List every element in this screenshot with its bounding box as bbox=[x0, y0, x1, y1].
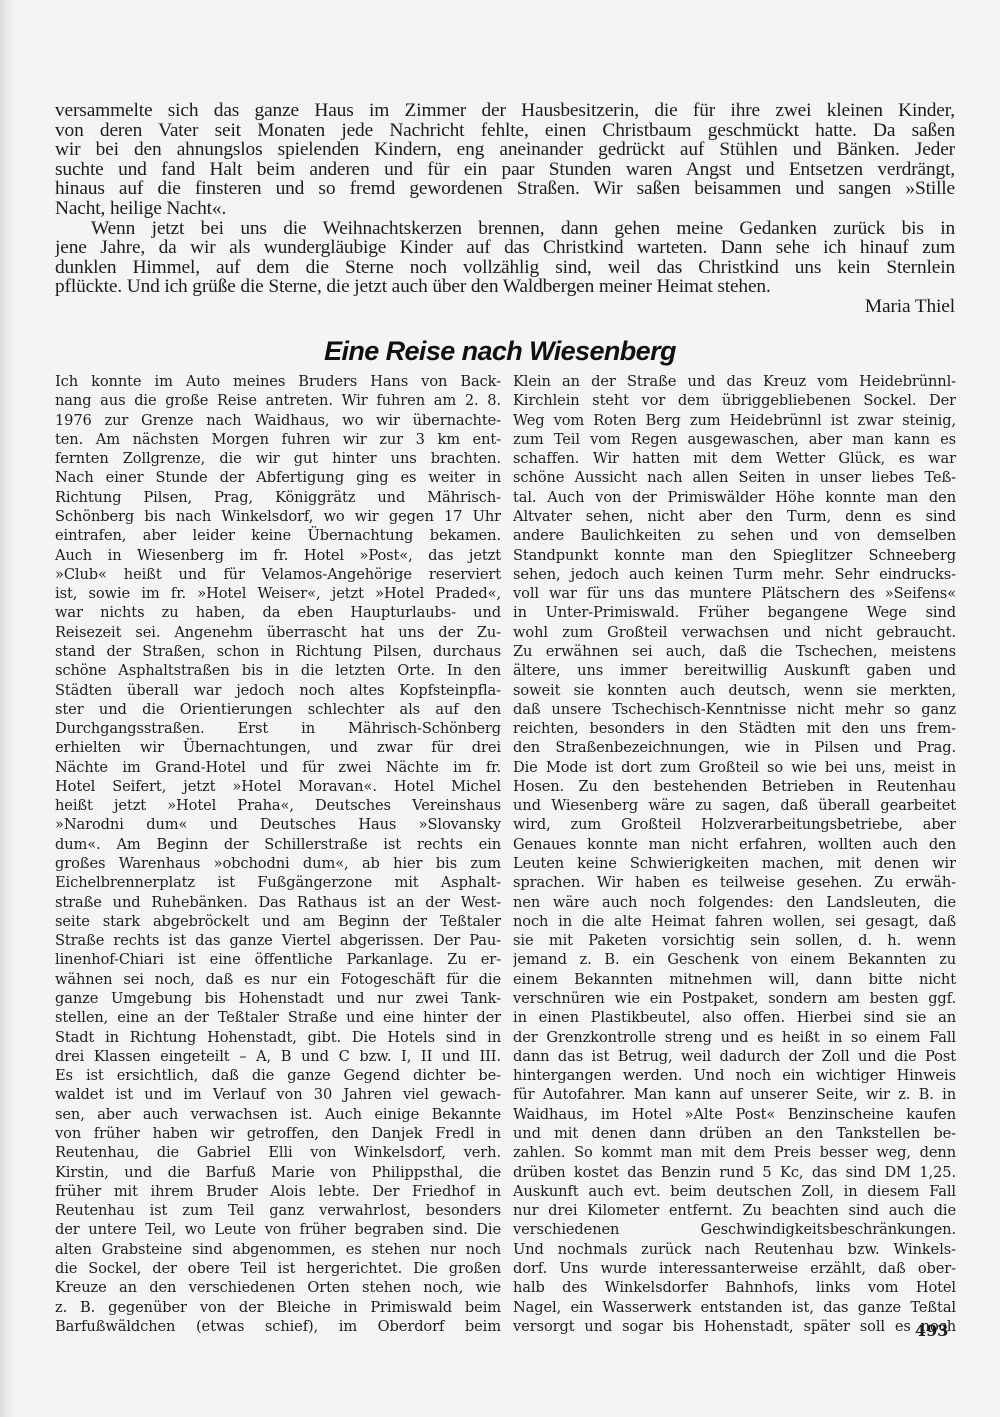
text-line: schaffen. Wir hatten mit dem Wetter Glüc… bbox=[513, 449, 956, 468]
text-line: großes Warenhaus »obchodni dum«, ab hier… bbox=[55, 854, 501, 873]
text-line: Genaues konnte man nicht erfahren, wollt… bbox=[513, 835, 956, 854]
text-line: ist, sowie im fr. »Hotel Weiser«, jetzt … bbox=[55, 584, 501, 603]
text-line: sie mit Paketen vorsichtig sein sollen, … bbox=[513, 931, 956, 950]
text-line: einem Bekannten mitnehmen will, dann bit… bbox=[513, 970, 956, 989]
text-line: Eichelbrennerplatz ist Fußgängerzone mit… bbox=[55, 873, 501, 892]
text-line: dunklen Himmel, auf dem die Sterne noch … bbox=[55, 258, 955, 278]
text-line: wohl zum Großteil verwachsen und nicht g… bbox=[513, 623, 956, 642]
text-line: linenhof-Chiari ist eine öffentliche Par… bbox=[55, 950, 501, 969]
text-line: schöne Aussicht nach allen Seiten in uns… bbox=[513, 468, 956, 487]
text-line: Leuten keine Schwierigkeiten machen, mit… bbox=[513, 854, 956, 873]
article-left-column: Ich konnte im Auto meines Bruders Hans v… bbox=[55, 372, 501, 1336]
text-line: ster und die Orientierungen schlechter a… bbox=[55, 700, 501, 719]
text-line: früher mit ihrem Bruder Alois lebte. Der… bbox=[55, 1182, 501, 1201]
text-line: Weg vom Roten Berg zum Heidebrünnl ist z… bbox=[513, 411, 956, 430]
text-line: zahlen. So kommt man mit dem Preis besse… bbox=[513, 1143, 956, 1162]
text-line: nang aus die große Reise antreten. Wir f… bbox=[55, 391, 501, 410]
text-line: Reutenhau ist zum Teil ganz verwahrlost,… bbox=[55, 1201, 501, 1220]
text-line: noch in die alte Heimat fahren wollen, s… bbox=[513, 912, 956, 931]
text-line: ältere, uns immer bereitwillig Auskunft … bbox=[513, 661, 956, 680]
text-line: Städten überall war jedoch noch altes Ko… bbox=[55, 681, 501, 700]
text-line: soweit sie konnten auch deutsch, wenn si… bbox=[513, 681, 956, 700]
text-line: verschiedenen Geschwindigkeitsbeschränku… bbox=[513, 1220, 956, 1239]
text-line: fernten Zollgrenze, die wir gut hinter u… bbox=[55, 449, 501, 468]
text-line: versorgt und sogar bis Hohenstadt, späte… bbox=[513, 1317, 956, 1336]
text-line: Stadt in Richtung Hohenstadt, gibt. Die … bbox=[55, 1028, 501, 1047]
text-line: »Club« heißt und für Velamos-Angehörige … bbox=[55, 565, 501, 584]
article-title: Eine Reise nach Wiesenberg bbox=[0, 336, 1000, 367]
text-line: Kirstin, und die Barfuß Marie von Philip… bbox=[55, 1163, 501, 1182]
text-line: der Grenzkontrolle streng und es heißt i… bbox=[513, 1028, 956, 1047]
text-line: Durchgangsstraßen. Erst in Mährisch-Schö… bbox=[55, 719, 501, 738]
text-line: dorf. Uns wurde interessanterweise erzäh… bbox=[513, 1259, 956, 1278]
text-line: Reutenhau, die Gabriel Elli von Winkelsd… bbox=[55, 1143, 501, 1162]
text-line: jene Jahre, da wir als wundergläubige Ki… bbox=[55, 238, 955, 258]
text-line: den Straßenbezeichnungen, wie in Pilsen … bbox=[513, 738, 956, 757]
text-line: »Narodni dum« und Deutsches Haus »Slovan… bbox=[55, 815, 501, 834]
text-line: Straße rechts ist das ganze Viertel abge… bbox=[55, 931, 501, 950]
text-line: daß unsere Tschechisch-Kenntnisse nicht … bbox=[513, 700, 956, 719]
intro-paragraph-1: versammelte sich das ganze Haus im Zimme… bbox=[55, 101, 955, 219]
text-line: von deren Vater seit Monaten jede Nachri… bbox=[55, 121, 955, 141]
text-line: in einen Plastikbeutel, also offen. Hier… bbox=[513, 1008, 956, 1027]
text-line: voll war für uns das muntere Plätschern … bbox=[513, 584, 956, 603]
text-line: Standpunkt konnte man den Spieglitzer Sc… bbox=[513, 546, 956, 565]
text-line: z. B. gegenüber von der Bleiche in Primi… bbox=[55, 1298, 501, 1317]
text-line: wähnen sei noch, daß es nur ein Fotogesc… bbox=[55, 970, 501, 989]
text-line: Nach einer Stunde der Abfertigung ging e… bbox=[55, 468, 501, 487]
text-line: sen, aber auch verwachsen ist. Auch eini… bbox=[55, 1105, 501, 1124]
text-line: Nagel, ein Wasserwerk entstanden ist, da… bbox=[513, 1298, 956, 1317]
text-line: Kreuze an den verschiedenen Orten stehen… bbox=[55, 1278, 501, 1297]
page-edge-shadow bbox=[0, 0, 14, 1417]
text-line: die Sockel, der obere Teil ist hergerich… bbox=[55, 1259, 501, 1278]
text-line: nur drei Kilometer entfernt. Zu beachten… bbox=[513, 1201, 956, 1220]
text-line: sprachen. Wir haben es teilweise gesehen… bbox=[513, 873, 956, 892]
text-line: der untere Teil, wo Leute von früher beg… bbox=[55, 1220, 501, 1239]
text-line: Kirchlein steht vor dem übriggebliebenen… bbox=[513, 391, 956, 410]
text-line: war nichts zu haben, da eben Haupturlaub… bbox=[55, 603, 501, 622]
text-line: sehen, jedoch auch keinen Turm mehr. Seh… bbox=[513, 565, 956, 584]
text-line: dann das ist Betrug, weil dadurch der Zo… bbox=[513, 1047, 956, 1066]
text-line: Hotel Seifert, jetzt »Hotel Moravan«. Ho… bbox=[55, 777, 501, 796]
text-line: erhielten wir Übernachtungen, und zwar f… bbox=[55, 738, 501, 757]
text-line: Altvater sehen, nicht aber den Turm, den… bbox=[513, 507, 956, 526]
text-line: halb des Winkelsdorfer Bahnhofs, links v… bbox=[513, 1278, 956, 1297]
text-line: waldet ist und im Verlauf von 30 Jahren … bbox=[55, 1085, 501, 1104]
text-line: nen wäre auch noch folgendes: den Landsl… bbox=[513, 893, 956, 912]
text-line: Zu erwähnen sei auch, daß die Tschechen,… bbox=[513, 642, 956, 661]
text-line: Reisezeit sei. Angenehm überrascht hat u… bbox=[55, 623, 501, 642]
text-line: Nacht, heilige Nacht«. bbox=[55, 199, 955, 219]
text-line: Waidhaus, im Hotel »Alte Post« Benzinsch… bbox=[513, 1105, 956, 1124]
text-line: schöne Asphaltstraßen bis in die letzten… bbox=[55, 661, 501, 680]
text-line: versammelte sich das ganze Haus im Zimme… bbox=[55, 101, 955, 121]
text-line: alten Grabsteine sind abgenommen, es ste… bbox=[55, 1240, 501, 1259]
text-line: wir bei den ahnungslos spielenden Kinder… bbox=[55, 140, 955, 160]
text-line: von früher haben wir getroffen, den Danj… bbox=[55, 1124, 501, 1143]
text-line: Richtung Pilsen, Prag, Königgrätz und Mä… bbox=[55, 488, 501, 507]
text-line: Nächte im Grand-Hotel und für zwei Nächt… bbox=[55, 758, 501, 777]
text-line: Schönberg bis nach Winkelsdorf, wo wir g… bbox=[55, 507, 501, 526]
text-line: Es ist ersichtlich, daß die ganze Gegend… bbox=[55, 1066, 501, 1085]
text-line: Wenn jetzt bei uns die Weihnachtskerzen … bbox=[55, 219, 955, 239]
text-line: Und nochmals zurück nach Reutenhau bzw. … bbox=[513, 1240, 956, 1259]
text-line: ganze Umgebung bis Hohenstadt und nur zw… bbox=[55, 989, 501, 1008]
intro-text-block: versammelte sich das ganze Haus im Zimme… bbox=[55, 101, 955, 317]
text-line: pflückte. Und ich grüße die Sterne, die … bbox=[55, 277, 955, 297]
text-line: und Wiesenberg wäre zu sagen, daß überal… bbox=[513, 796, 956, 815]
text-line: straße und Ruhebänken. Das Rathaus ist a… bbox=[55, 893, 501, 912]
text-line: heißt jetzt »Hotel Praha«, Deutsches Ver… bbox=[55, 796, 501, 815]
text-line: drüben kostet das Benzin rund 5 Kc, das … bbox=[513, 1163, 956, 1182]
text-line: Auch in Wiesenberg im fr. Hotel »Post«, … bbox=[55, 546, 501, 565]
text-line: Hosen. Zu den bestehenden Betrieben in R… bbox=[513, 777, 956, 796]
text-line: Die Mode ist dort zum Großteil so wie be… bbox=[513, 758, 956, 777]
intro-paragraph-2: Wenn jetzt bei uns die Weihnachtskerzen … bbox=[55, 219, 955, 297]
text-line: Klein an der Straße und das Kreuz vom He… bbox=[513, 372, 956, 391]
text-line: 1976 zur Grenze nach Waidhaus, wo wir üb… bbox=[55, 411, 501, 430]
text-line: wird, zum Großteil Holzverarbeitungsbetr… bbox=[513, 815, 956, 834]
text-line: jemand z. B. ein Geschenk von einem Beka… bbox=[513, 950, 956, 969]
text-line: in Unter-Primiswald. Früher begangene We… bbox=[513, 603, 956, 622]
text-line: tal. Auch von der Primiswälder Höhe konn… bbox=[513, 488, 956, 507]
article-right-column: Klein an der Straße und das Kreuz vom He… bbox=[513, 372, 956, 1336]
text-line: drei Klassen eingeteilt – A, B und C bzw… bbox=[55, 1047, 501, 1066]
author-signature: Maria Thiel bbox=[55, 297, 955, 317]
text-line: dum«. Am Beginn der Schillerstraße ist r… bbox=[55, 835, 501, 854]
text-line: reichten, besonders in den Städten mit d… bbox=[513, 719, 956, 738]
text-line: verschnüren wie ein Postpaket, sondern a… bbox=[513, 989, 956, 1008]
page-number: 493 bbox=[915, 1321, 948, 1340]
text-line: für Autofahrer. Man kann auf unserer Sei… bbox=[513, 1085, 956, 1104]
text-line: hintergangen werden. Und noch ein wichti… bbox=[513, 1066, 956, 1085]
text-line: hinaus auf die finsteren und so fremd ge… bbox=[55, 179, 955, 199]
text-line: andere Baulichkeiten zu sehen und von de… bbox=[513, 526, 956, 545]
text-line: Barfußwäldchen (etwas schief), im Oberdo… bbox=[55, 1317, 501, 1336]
text-line: und mit denen dann drüben an den Tankste… bbox=[513, 1124, 956, 1143]
text-line: suchte und fand Halt beim anderen und fü… bbox=[55, 160, 955, 180]
text-line: stellen, eine an der Teßtaler Straße und… bbox=[55, 1008, 501, 1027]
text-line: zum Teil vom Regen ausgewaschen, aber ma… bbox=[513, 430, 956, 449]
text-line: seite stark abgebröckelt und am Beginn d… bbox=[55, 912, 501, 931]
text-line: Auskunft auch evt. beim deutschen Zoll, … bbox=[513, 1182, 956, 1201]
text-line: Ich konnte im Auto meines Bruders Hans v… bbox=[55, 372, 501, 391]
text-line: stand der Straßen, schon in Richtung Pil… bbox=[55, 642, 501, 661]
text-line: ten. Am nächsten Morgen fuhren wir zur 3… bbox=[55, 430, 501, 449]
text-line: eintrafen, aber leider keine Übernachtun… bbox=[55, 526, 501, 545]
